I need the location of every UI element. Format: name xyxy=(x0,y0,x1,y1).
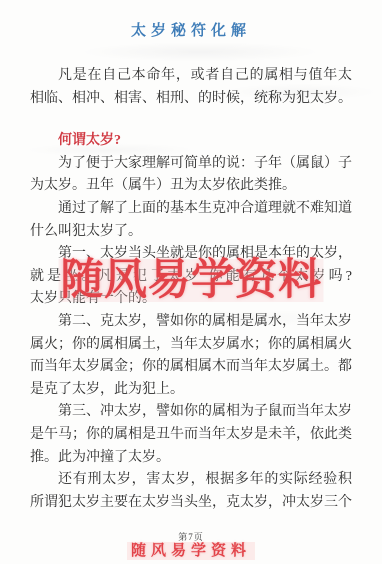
text-line: 是克了太岁，此为犯上。 xyxy=(30,379,352,402)
text-line: 第二、克太岁，譬如你的属相是属水，当年太岁 xyxy=(30,311,352,334)
book-page: 太岁秘符化解 凡是在自己本命年，或者自己的属相与值年太岁，相临、相冲、相害、相刑… xyxy=(0,0,382,564)
text-line: 所谓犯太岁主要在太岁当头坐，克太岁，冲太岁三个 xyxy=(30,492,352,515)
text-line: 属火；你的属相属土，当年太岁属水；你的属相属火 xyxy=(30,334,352,357)
page-title: 太岁秘符化解 xyxy=(0,19,382,40)
paragraph: 第二、克太岁，譬如你的属相是属水，当年太岁属火；你的属相属土，当年太岁属水；你的… xyxy=(30,311,352,401)
paragraph: 通过了解了上面的基本生克冲合道理就不难知道什么叫犯太岁了。 xyxy=(30,198,352,243)
text-line: 凡是在自己本命年，或者自己的属相与值年太岁， xyxy=(30,65,352,88)
text-line: 是午马；你的属相是丑牛而当年太岁是未羊，依此类 xyxy=(30,424,352,447)
text-line: 推。此为冲撞了太岁。 xyxy=(30,447,352,470)
text-line: 而当年太岁属金；你的属相属木而当年太岁属土。都 xyxy=(30,356,352,379)
paragraph: 还有刑太岁，害太岁，根据多年的实际经验积累，所谓犯太岁主要在太岁当头坐，克太岁，… xyxy=(30,469,352,514)
text-line: 什么叫犯太岁了。 xyxy=(30,221,352,244)
text-line: 相临、相冲、相害、相刑、的时候，统称为犯太岁。 xyxy=(30,88,352,111)
paragraph: 为了便于大家理解可简单的说：子年（属鼠）子为太岁。丑年（属牛）丑为太岁依此类推。 xyxy=(30,153,352,198)
text-line: 通过了解了上面的基本生克冲合道理就不难知道 xyxy=(30,198,352,221)
paragraph: 凡是在自己本命年，或者自己的属相与值年太岁，相临、相冲、相害、相刑、的时候，统称… xyxy=(30,65,352,110)
text-line: 第三、冲太岁，譬如你的属相为子鼠而当年太岁 xyxy=(30,401,352,424)
text-line: 还有刑太岁，害太岁，根据多年的实际经验积累， xyxy=(30,469,352,492)
watermark-footer-badge: 随风易学资料 xyxy=(127,542,255,560)
watermark-overlay: 随风易学资料 xyxy=(59,259,324,302)
text-line: 为了便于大家理解可简单的说：子年（属鼠）子 xyxy=(30,153,352,176)
paragraph: 第三、冲太岁，譬如你的属相为子鼠而当年太岁是午马；你的属相是丑牛而当年太岁是未羊… xyxy=(30,401,352,469)
text-line: 为太岁。丑年（属牛）丑为太岁依此类推。 xyxy=(30,175,352,198)
section-heading: 何谓太岁? xyxy=(30,130,352,153)
